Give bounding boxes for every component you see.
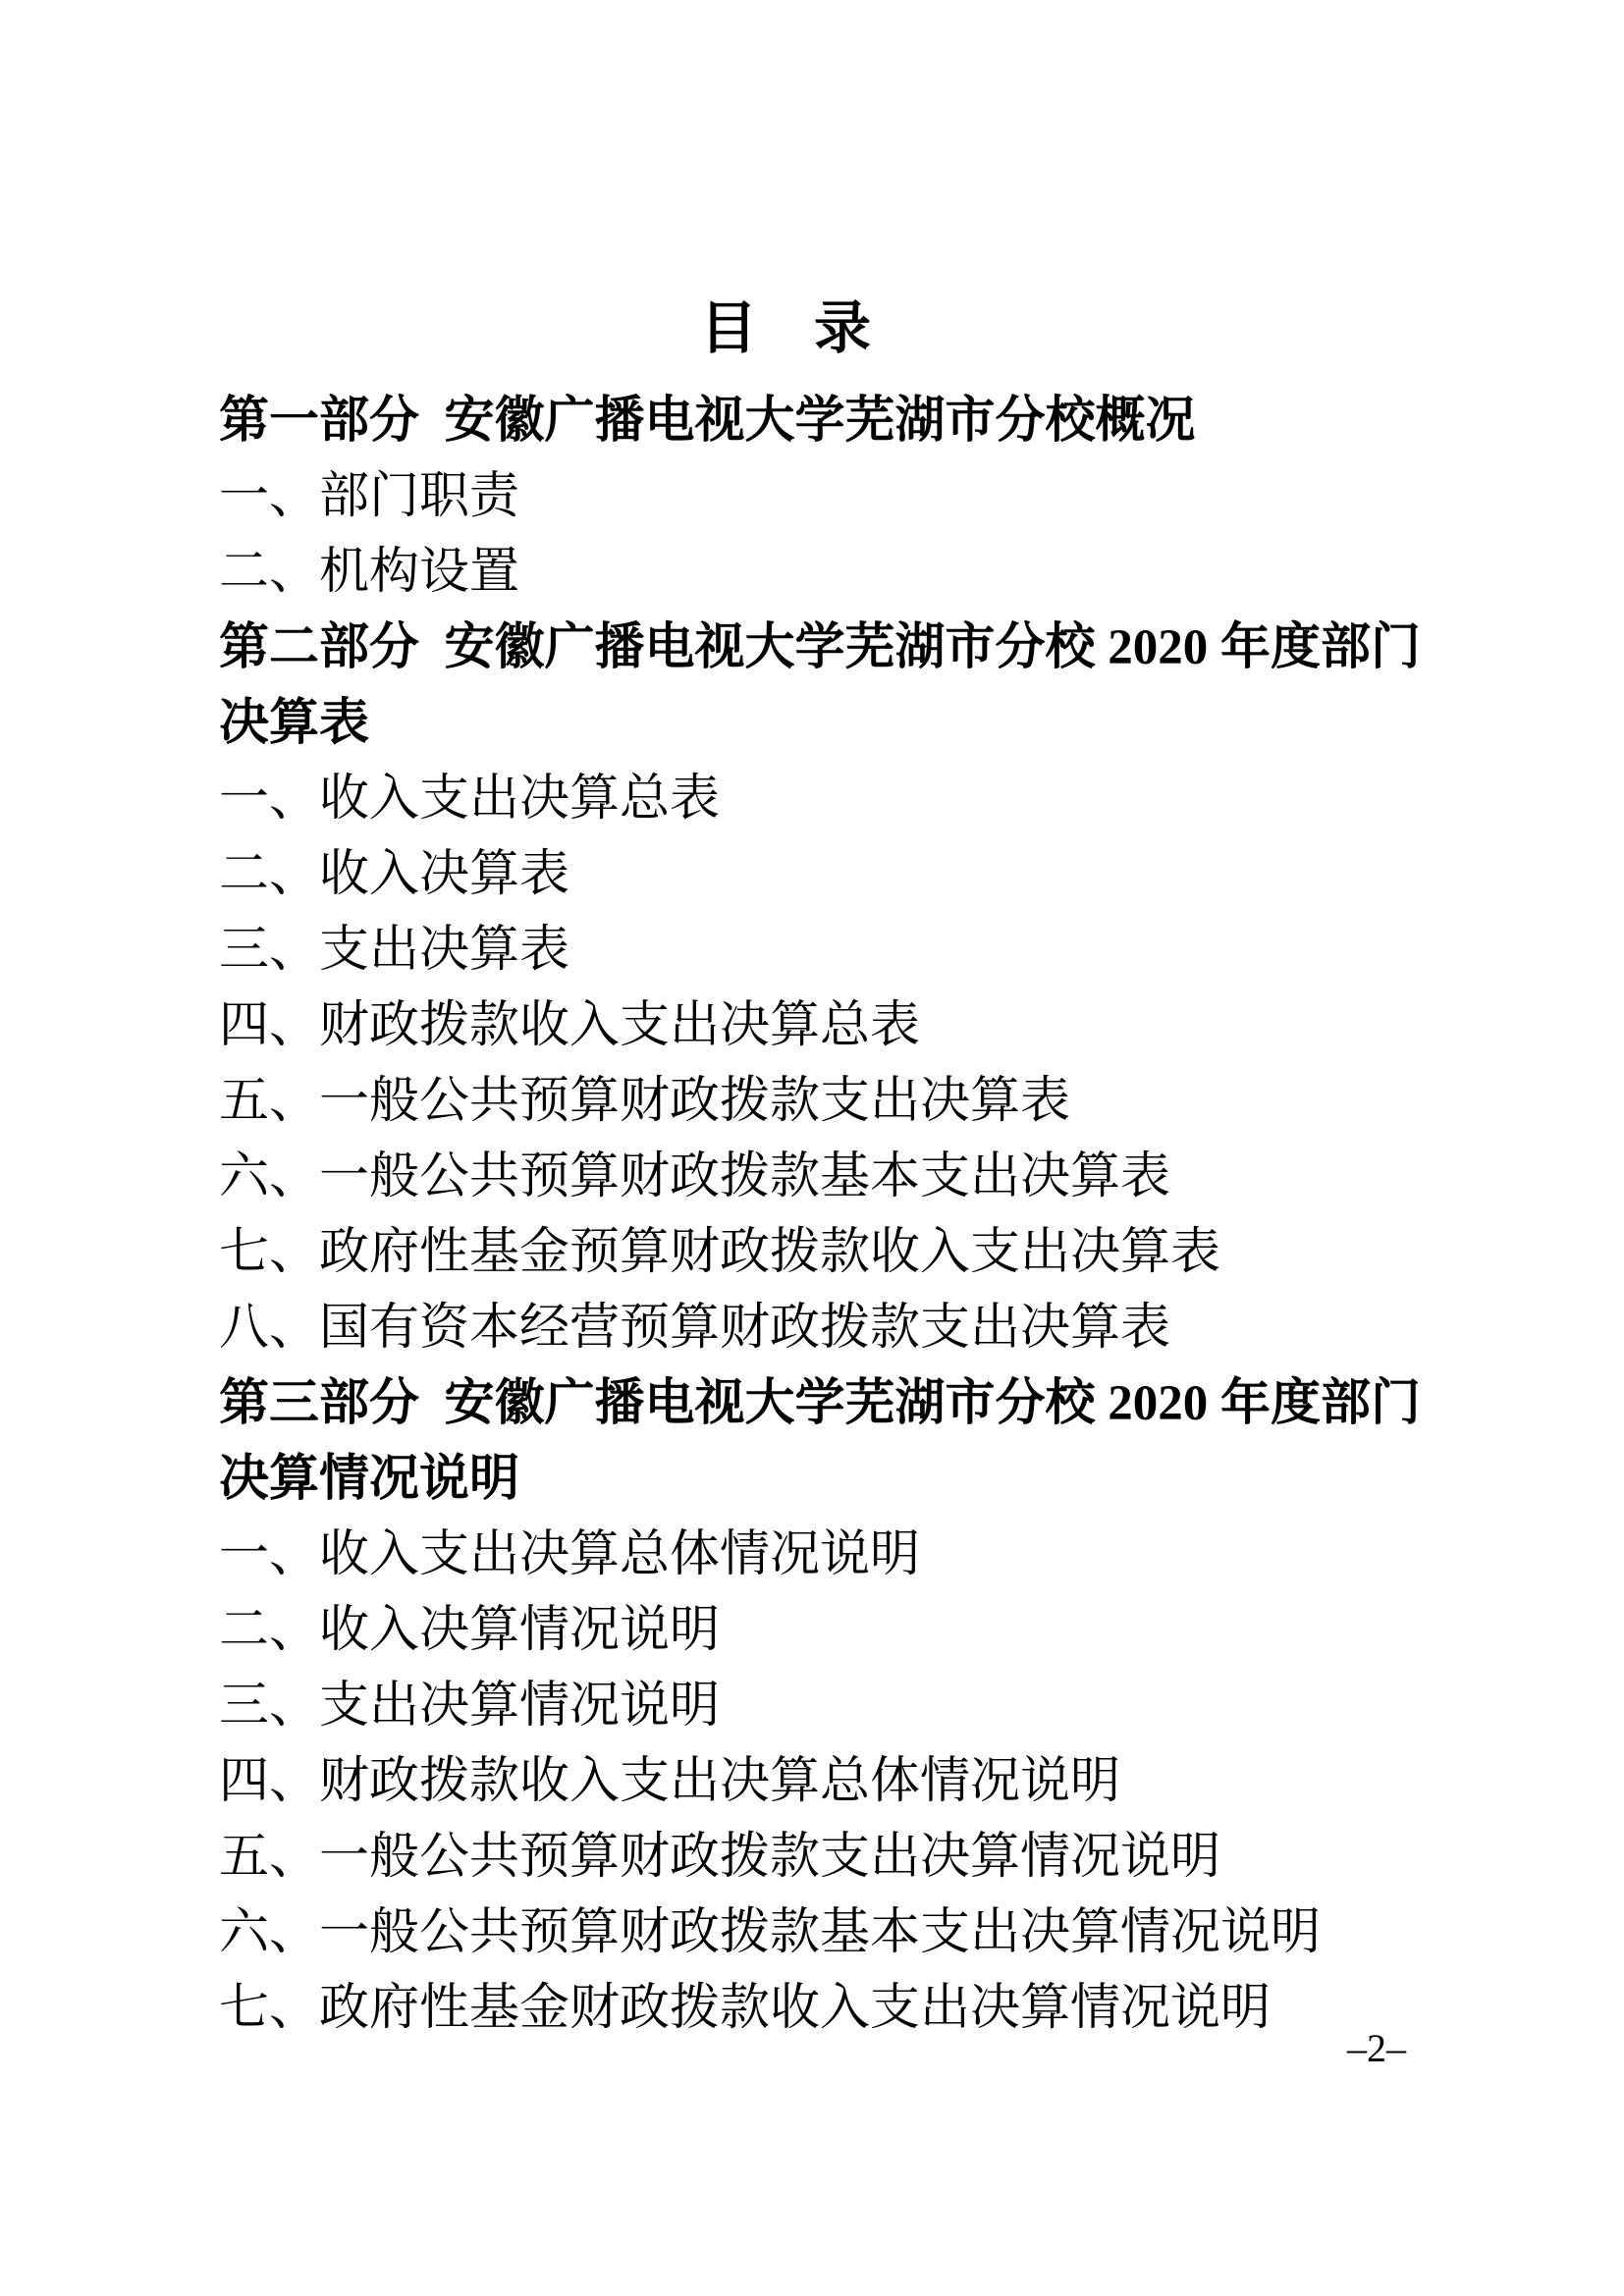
toc-item-s2-3: 三、支出决算表 [219,913,1476,988]
toc-list: 第一部分 安徽广播电视大学芜湖市分校概况 一、部门职责 二、机构设置 第二部分 … [219,384,1476,2047]
toc-item-s2-7: 七、政府性基金预算财政拨款收入支出决算表 [219,1215,1476,1291]
toc-item-s1-2: 二、机构设置 [219,535,1476,611]
toc-item-s2-8: 八、国有资本经营预算财政拨款支出决算表 [219,1291,1476,1366]
toc-item-s2-4: 四、财政拨款收入支出决算总表 [219,988,1476,1064]
toc-item-s2-6: 六、一般公共预算财政拨款基本支出决算表 [219,1140,1476,1215]
toc-item-s2-1: 一、收入支出决算总表 [219,762,1476,837]
page-number: –2– [1347,2026,1406,2071]
toc-item-s3-7: 七、政府性基金财政拨款收入支出决算情况说明 [219,1971,1476,2047]
toc-item-s3-4: 四、财政拨款收入支出决算总体情况说明 [219,1744,1476,1820]
toc-item-s3-1: 一、收入支出决算总体情况说明 [219,1518,1476,1593]
document-page: 目 录 第一部分 安徽广播电视大学芜湖市分校概况 一、部门职责 二、机构设置 第… [0,0,1624,2296]
toc-item-s2-2: 二、收入决算表 [219,837,1476,913]
section-2-heading-line-1: 第二部分 安徽广播电视大学芜湖市分校 2020 年度部门 [219,611,1476,686]
section-1-heading-line-1: 第一部分 安徽广播电视大学芜湖市分校概况 [219,384,1476,459]
toc-item-s3-5: 五、一般公共预算财政拨款支出决算情况说明 [219,1820,1476,1896]
section-3-heading-line-1: 第三部分 安徽广播电视大学芜湖市分校 2020 年度部门 [219,1366,1476,1442]
section-3-heading-line-2: 决算情况说明 [219,1442,1476,1518]
toc-item-s3-6: 六、一般公共预算财政拨款基本支出决算情况说明 [219,1896,1476,1971]
toc-item-s1-1: 一、部门职责 [219,459,1476,535]
toc-item-s3-2: 二、收入决算情况说明 [219,1593,1476,1669]
section-2-heading-line-2: 决算表 [219,686,1476,762]
toc-item-s3-3: 三、支出决算情况说明 [219,1669,1476,1744]
page-title: 目 录 [0,296,1571,359]
toc-item-s2-5: 五、一般公共预算财政拨款支出决算表 [219,1064,1476,1140]
